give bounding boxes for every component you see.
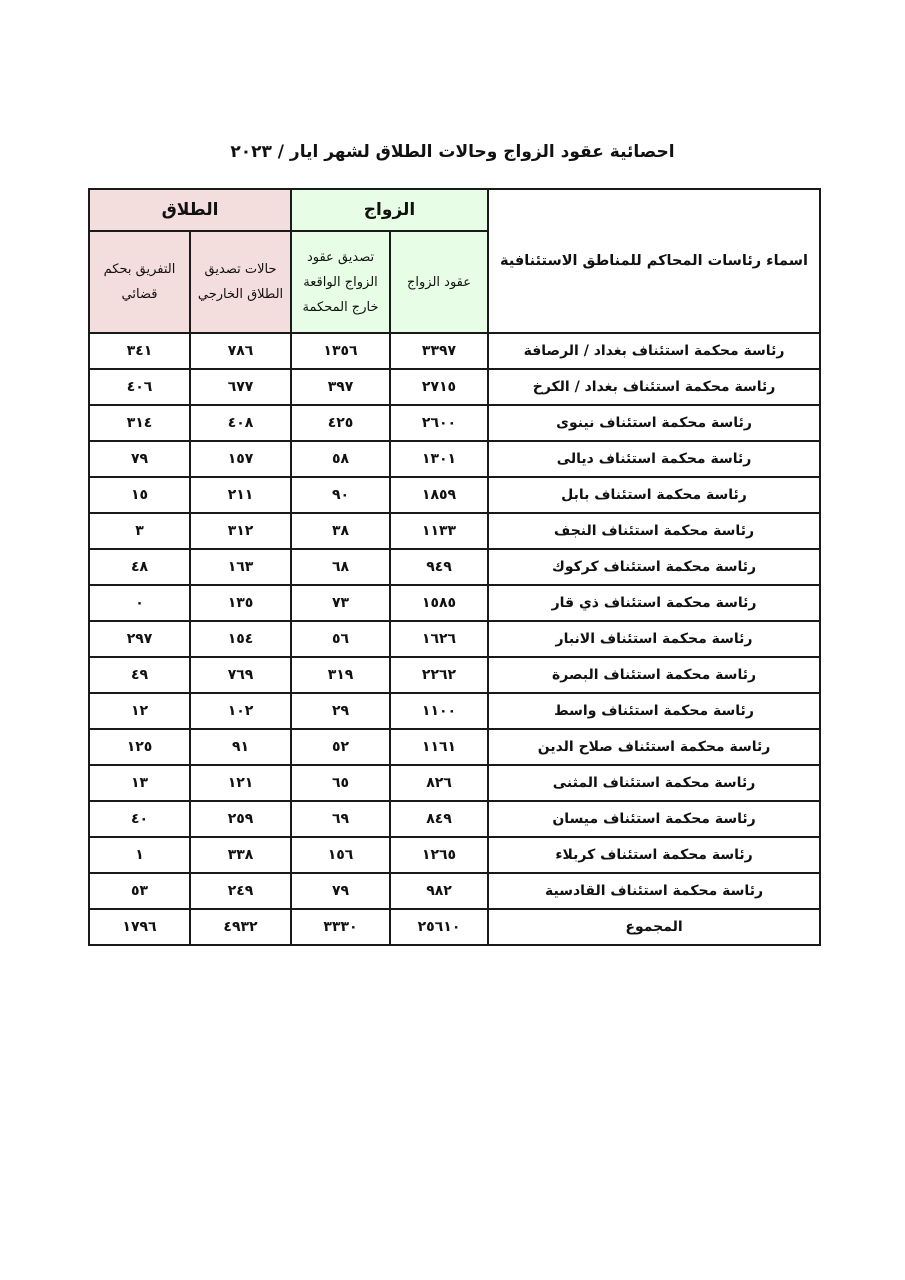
header-marriage-outside-court: تصديق عقود الزواج الواقعة خارج المحكمة (291, 231, 390, 333)
judicial-separation-cell: ١ (89, 837, 190, 873)
court-name-cell: رئاسة محكمة استئناف النجف (488, 513, 820, 549)
court-name-cell: رئاسة محكمة استئناف بغداد / الرصافة (488, 333, 820, 369)
table-row: رئاسة محكمة استئناف ديالى ١٣٠١ ٥٨ ١٥٧ ٧٩ (89, 441, 820, 477)
marriage-outside-court-cell: ٩٠ (291, 477, 390, 513)
marriage-contracts-cell: ١١٦١ (390, 729, 488, 765)
total-label: المجموع (488, 909, 820, 945)
judicial-separation-cell: ٤٠٦ (89, 369, 190, 405)
external-divorce-cell: ٢١١ (190, 477, 291, 513)
header-divorce-group: الطلاق (89, 189, 291, 231)
marriage-outside-court-cell: ٦٩ (291, 801, 390, 837)
external-divorce-cell: ٣٣٨ (190, 837, 291, 873)
header-marriage-group: الزواج (291, 189, 488, 231)
document-title: احصائية عقود الزواج وحالات الطلاق لشهر ا… (0, 142, 905, 162)
court-name-cell: رئاسة محكمة استئناف بابل (488, 477, 820, 513)
marriage-contracts-cell: ١١٠٠ (390, 693, 488, 729)
court-name-cell: رئاسة محكمة استئناف بغداد / الكرخ (488, 369, 820, 405)
external-divorce-cell: ٤٠٨ (190, 405, 291, 441)
external-divorce-cell: ١٣٥ (190, 585, 291, 621)
external-divorce-cell: ١٦٣ (190, 549, 291, 585)
external-divorce-cell: ١٥٧ (190, 441, 291, 477)
judicial-separation-cell: ٣ (89, 513, 190, 549)
marriage-outside-court-cell: ٦٥ (291, 765, 390, 801)
external-divorce-cell: ١٥٤ (190, 621, 291, 657)
table-row: رئاسة محكمة استئناف ذي قار ١٥٨٥ ٧٣ ١٣٥ ٠ (89, 585, 820, 621)
table-row: رئاسة محكمة استئناف واسط ١١٠٠ ٢٩ ١٠٢ ١٢ (89, 693, 820, 729)
judicial-separation-cell: ١٣ (89, 765, 190, 801)
table-row: رئاسة محكمة استئناف القادسية ٩٨٢ ٧٩ ٢٤٩ … (89, 873, 820, 909)
judicial-separation-cell: ٧٩ (89, 441, 190, 477)
judicial-separation-cell: ١٢ (89, 693, 190, 729)
judicial-separation-cell: ٤٨ (89, 549, 190, 585)
header-court-names: اسماء رئاسات المحاكم للمناطق الاستئنافية (488, 189, 820, 333)
marriage-outside-court-cell: ٧٣ (291, 585, 390, 621)
marriage-contracts-cell: ١١٣٣ (390, 513, 488, 549)
court-name-cell: رئاسة محكمة استئناف صلاح الدين (488, 729, 820, 765)
court-name-cell: رئاسة محكمة استئناف المثنى (488, 765, 820, 801)
table-row: رئاسة محكمة استئناف البصرة ٢٢٦٢ ٣١٩ ٧٦٩ … (89, 657, 820, 693)
judicial-separation-cell: ٠ (89, 585, 190, 621)
header-judicial-separation: التفريق بحكم قضائي (89, 231, 190, 333)
court-name-cell: رئاسة محكمة استئناف ميسان (488, 801, 820, 837)
table-row: رئاسة محكمة استئناف النجف ١١٣٣ ٣٨ ٣١٢ ٣ (89, 513, 820, 549)
table-row: رئاسة محكمة استئناف الانبار ١٦٢٦ ٥٦ ١٥٤ … (89, 621, 820, 657)
judicial-separation-cell: ٣٤١ (89, 333, 190, 369)
marriage-outside-court-cell: ٤٢٥ (291, 405, 390, 441)
table-row: رئاسة محكمة استئناف بابل ١٨٥٩ ٩٠ ٢١١ ١٥ (89, 477, 820, 513)
external-divorce-cell: ٧٨٦ (190, 333, 291, 369)
court-name-cell: رئاسة محكمة استئناف القادسية (488, 873, 820, 909)
external-divorce-cell: ١٠٢ (190, 693, 291, 729)
external-divorce-cell: ٧٦٩ (190, 657, 291, 693)
total-external-divorce: ٤٩٣٢ (190, 909, 291, 945)
court-name-cell: رئاسة محكمة استئناف الانبار (488, 621, 820, 657)
marriage-contracts-cell: ٨٤٩ (390, 801, 488, 837)
statistics-table: اسماء رئاسات المحاكم للمناطق الاستئنافية… (88, 188, 821, 946)
court-name-cell: رئاسة محكمة استئناف نينوى (488, 405, 820, 441)
total-marriage-outside-court: ٣٣٣٠ (291, 909, 390, 945)
court-name-cell: رئاسة محكمة استئناف كركوك (488, 549, 820, 585)
marriage-contracts-cell: ١٨٥٩ (390, 477, 488, 513)
marriage-contracts-cell: ١٣٠١ (390, 441, 488, 477)
court-name-cell: رئاسة محكمة استئناف البصرة (488, 657, 820, 693)
external-divorce-cell: ٢٤٩ (190, 873, 291, 909)
external-divorce-cell: ٩١ (190, 729, 291, 765)
table-row: رئاسة محكمة استئناف كركوك ٩٤٩ ٦٨ ١٦٣ ٤٨ (89, 549, 820, 585)
marriage-contracts-cell: ٢٢٦٢ (390, 657, 488, 693)
court-name-cell: رئاسة محكمة استئناف كربلاء (488, 837, 820, 873)
marriage-contracts-cell: ٣٣٩٧ (390, 333, 488, 369)
marriage-outside-court-cell: ٣١٩ (291, 657, 390, 693)
marriage-outside-court-cell: ٥٨ (291, 441, 390, 477)
judicial-separation-cell: ٤٩ (89, 657, 190, 693)
marriage-contracts-cell: ١٦٢٦ (390, 621, 488, 657)
external-divorce-cell: ٢٥٩ (190, 801, 291, 837)
external-divorce-cell: ٦٧٧ (190, 369, 291, 405)
marriage-contracts-cell: ٩٨٢ (390, 873, 488, 909)
marriage-outside-court-cell: ٥٦ (291, 621, 390, 657)
marriage-outside-court-cell: ٣٨ (291, 513, 390, 549)
table-row: رئاسة محكمة استئناف ميسان ٨٤٩ ٦٩ ٢٥٩ ٤٠ (89, 801, 820, 837)
court-name-cell: رئاسة محكمة استئناف ديالى (488, 441, 820, 477)
total-row: المجموع ٢٥٦١٠ ٣٣٣٠ ٤٩٣٢ ١٧٩٦ (89, 909, 820, 945)
external-divorce-cell: ١٢١ (190, 765, 291, 801)
marriage-outside-court-cell: ١٥٦ (291, 837, 390, 873)
header-marriage-contracts: عقود الزواج (390, 231, 488, 333)
table-row: رئاسة محكمة استئناف بغداد / الكرخ ٢٧١٥ ٣… (89, 369, 820, 405)
judicial-separation-cell: ٢٩٧ (89, 621, 190, 657)
table-row: رئاسة محكمة استئناف المثنى ٨٢٦ ٦٥ ١٢١ ١٣ (89, 765, 820, 801)
table-row: رئاسة محكمة استئناف صلاح الدين ١١٦١ ٥٢ ٩… (89, 729, 820, 765)
judicial-separation-cell: ٥٣ (89, 873, 190, 909)
judicial-separation-cell: ١٥ (89, 477, 190, 513)
marriage-contracts-cell: ١٢٦٥ (390, 837, 488, 873)
marriage-contracts-cell: ٢٦٠٠ (390, 405, 488, 441)
table-row: رئاسة محكمة استئناف كربلاء ١٢٦٥ ١٥٦ ٣٣٨ … (89, 837, 820, 873)
external-divorce-cell: ٣١٢ (190, 513, 291, 549)
total-marriage-contracts: ٢٥٦١٠ (390, 909, 488, 945)
marriage-contracts-cell: ٩٤٩ (390, 549, 488, 585)
table-row: رئاسة محكمة استئناف بغداد / الرصافة ٣٣٩٧… (89, 333, 820, 369)
judicial-separation-cell: ٣١٤ (89, 405, 190, 441)
marriage-outside-court-cell: ٢٩ (291, 693, 390, 729)
marriage-contracts-cell: ٢٧١٥ (390, 369, 488, 405)
marriage-outside-court-cell: ٦٨ (291, 549, 390, 585)
court-name-cell: رئاسة محكمة استئناف ذي قار (488, 585, 820, 621)
header-external-divorce: حالات تصديق الطلاق الخارجي (190, 231, 291, 333)
marriage-outside-court-cell: ١٣٥٦ (291, 333, 390, 369)
judicial-separation-cell: ١٢٥ (89, 729, 190, 765)
total-judicial-separation: ١٧٩٦ (89, 909, 190, 945)
court-name-cell: رئاسة محكمة استئناف واسط (488, 693, 820, 729)
judicial-separation-cell: ٤٠ (89, 801, 190, 837)
marriage-outside-court-cell: ٥٢ (291, 729, 390, 765)
marriage-outside-court-cell: ٧٩ (291, 873, 390, 909)
marriage-contracts-cell: ١٥٨٥ (390, 585, 488, 621)
table-row: رئاسة محكمة استئناف نينوى ٢٦٠٠ ٤٢٥ ٤٠٨ ٣… (89, 405, 820, 441)
marriage-outside-court-cell: ٣٩٧ (291, 369, 390, 405)
marriage-contracts-cell: ٨٢٦ (390, 765, 488, 801)
